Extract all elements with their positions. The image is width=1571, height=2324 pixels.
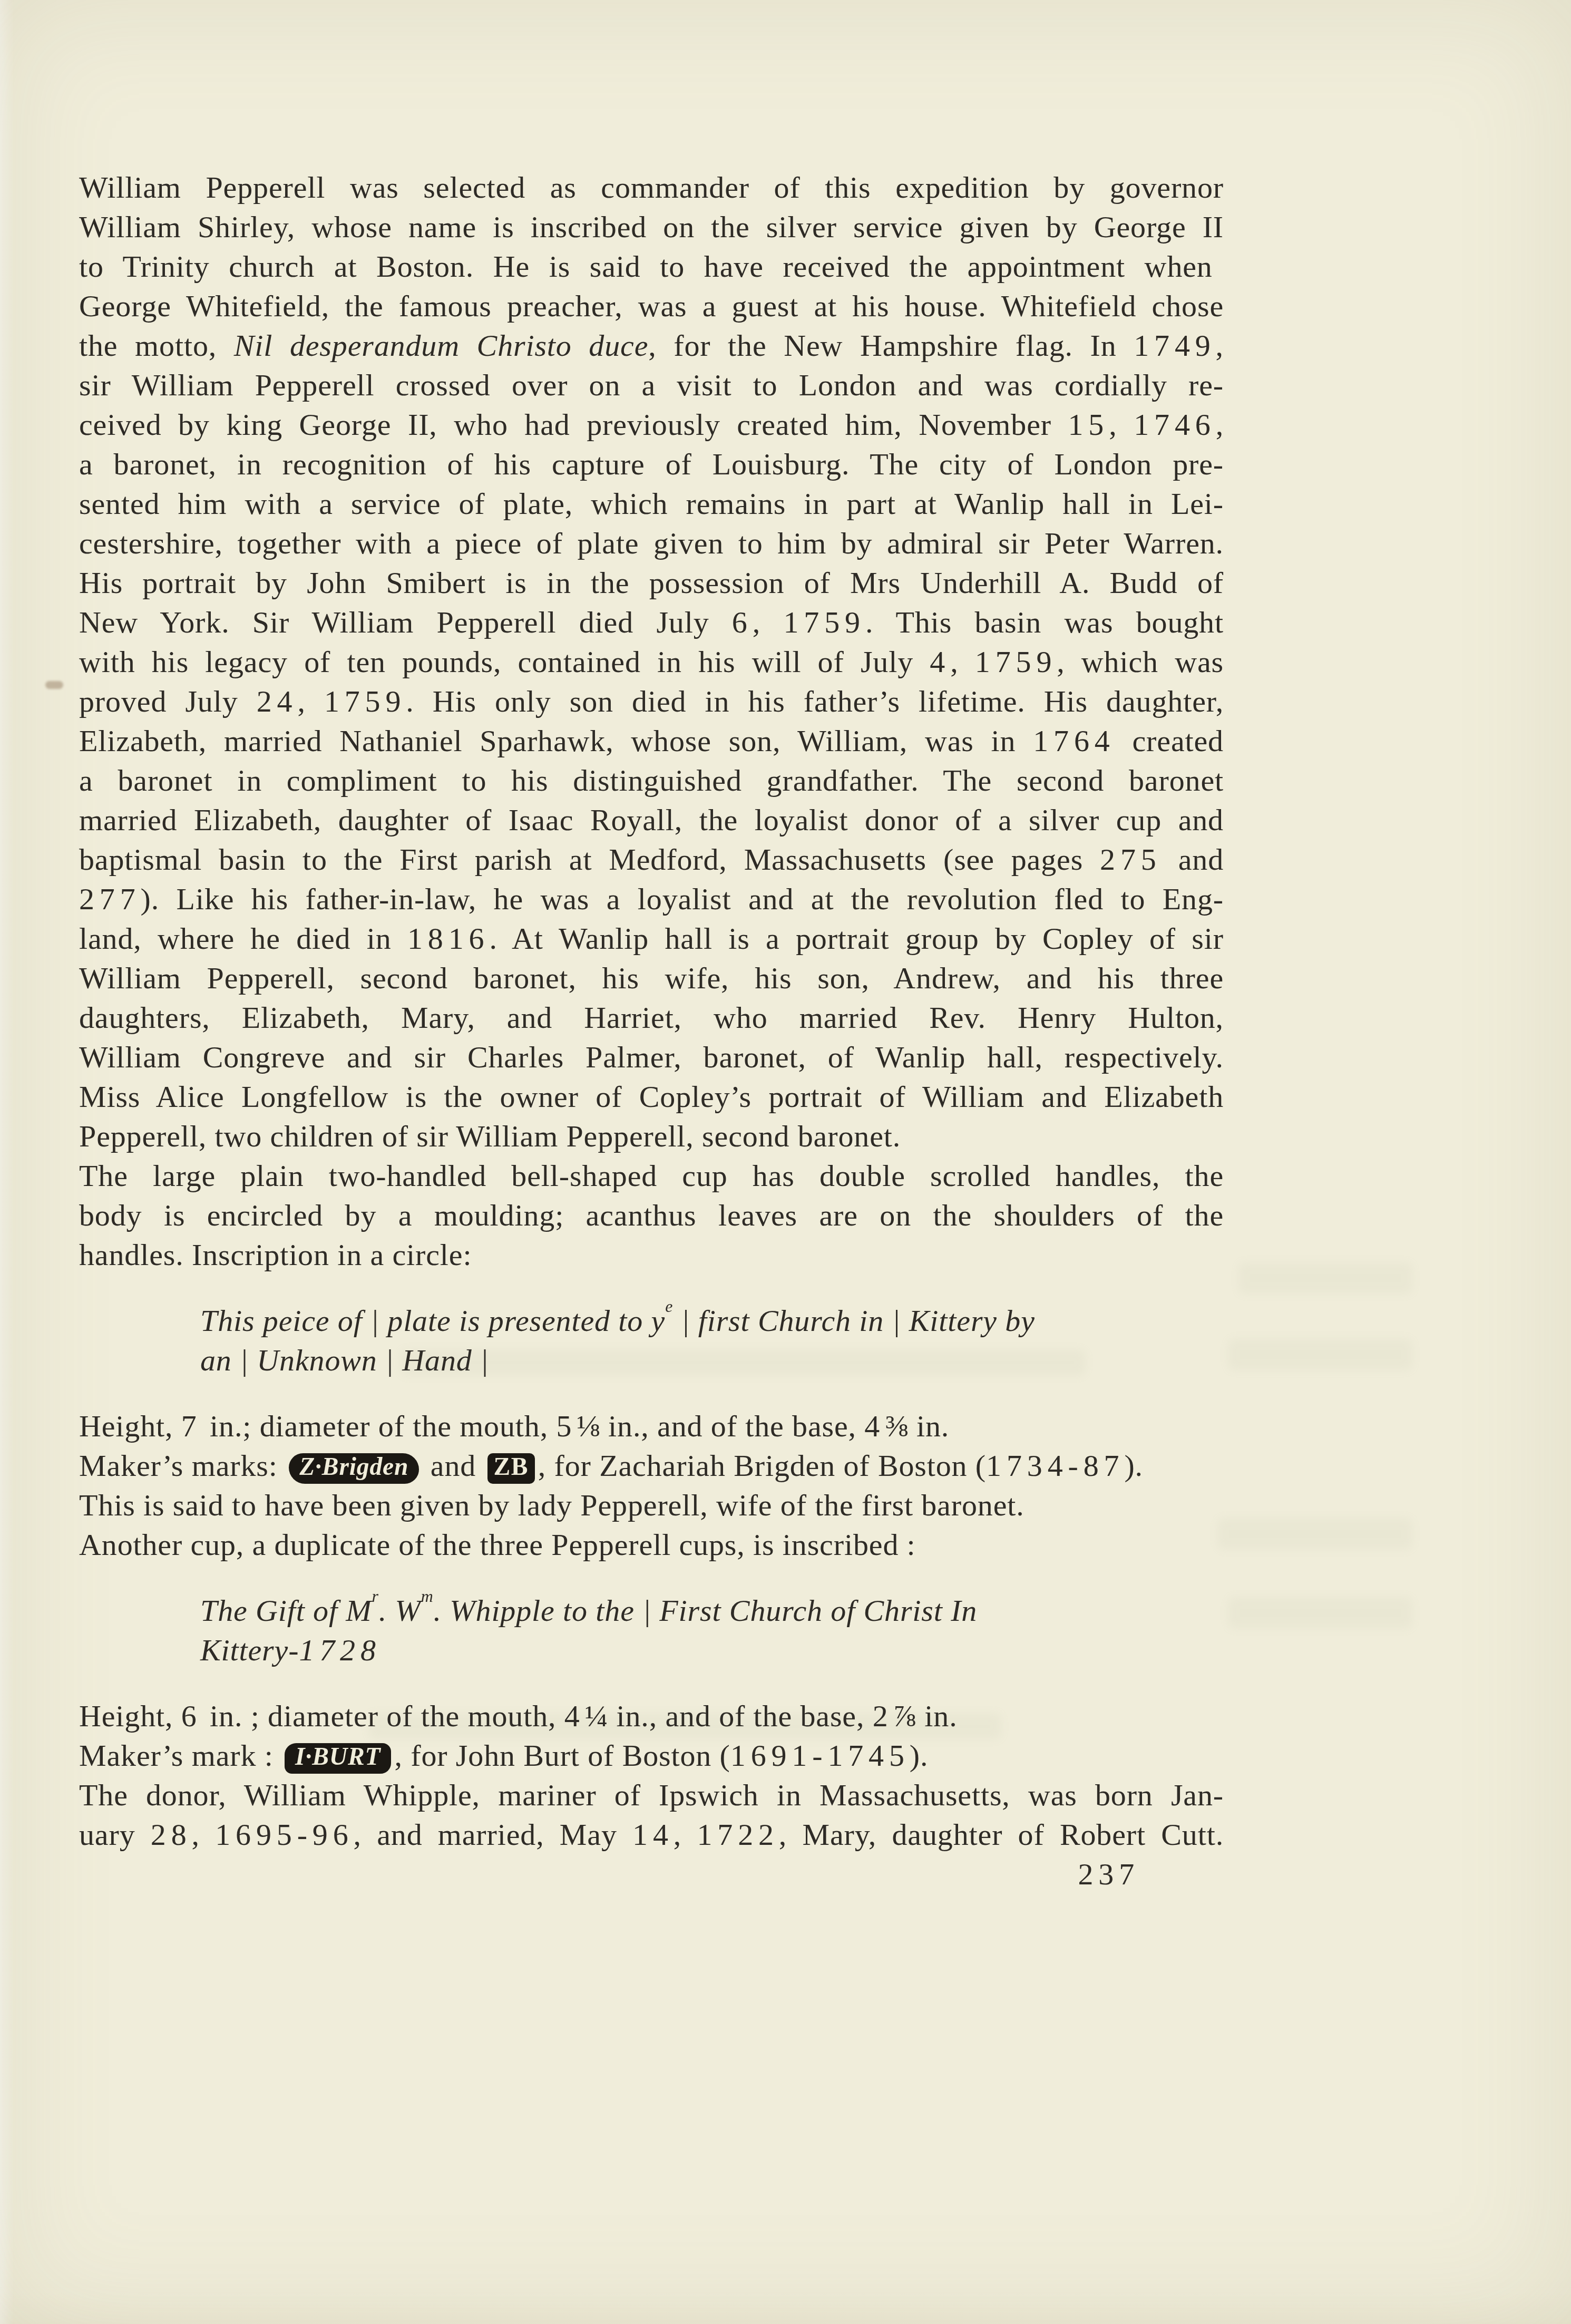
marks-label: Maker’s marks: [79, 1448, 286, 1483]
text-line: Another cup, a duplicate of the three Pe… [79, 1525, 1224, 1564]
text-line: Elizabeth, married Nathaniel Sparhawk, w… [79, 721, 1224, 761]
show-through-ghost [1228, 1339, 1412, 1370]
text-line: baptismal basin to the First parish at M… [79, 840, 1224, 879]
superscript-m: m [421, 1587, 434, 1606]
text-line: This is said to have been given by lady … [79, 1485, 1224, 1525]
inscription-text: . W [379, 1593, 421, 1628]
text-line: William Pepperell, second baronet, his w… [79, 958, 1224, 998]
inscription-line: Kittery-1728 [200, 1630, 1224, 1670]
marks-conjunction: and [422, 1448, 484, 1483]
smudge-mark [45, 681, 63, 689]
inscription-line: an | Unknown | Hand | [200, 1340, 1224, 1380]
text-line: The donor, William Whipple, mariner of I… [79, 1775, 1224, 1815]
show-through-ghost [1238, 1262, 1412, 1294]
superscript-r: r [372, 1587, 378, 1606]
text-line: cestershire, together with a piece of pl… [79, 523, 1224, 563]
text-line: land, where he died in 1816. At Wanlip h… [79, 919, 1224, 958]
text-line: William Pepperell was selected as comman… [79, 168, 1224, 207]
show-through-ghost [1217, 1518, 1412, 1550]
text-line: a baronet, in recognition of his capture… [79, 444, 1224, 484]
text-line: to Trinity church at Boston. He is said … [79, 247, 1224, 286]
maker-mark-iburt-stamp: I·BURT [285, 1743, 391, 1774]
text-line: William Congreve and sir Charles Palmer,… [79, 1037, 1224, 1077]
text-line-maker-marks: Maker’s marks: Z·Brigden and ZB, for Zac… [79, 1446, 1224, 1485]
inscription-text: This peice of | plate is presented to y [200, 1304, 665, 1338]
motto-pre: the motto, [79, 328, 234, 363]
text-line: proved July 24, 1759. His only son died … [79, 682, 1224, 721]
maker-mark-zbrigden-stamp: Z·Brigden [289, 1453, 419, 1484]
inscription-line: This peice of | plate is presented to ye… [200, 1301, 1224, 1340]
mark-label: Maker’s mark : [79, 1738, 281, 1773]
text-line-dimensions: Height, 6 in. ; diameter of the mouth, 4… [79, 1696, 1224, 1736]
inscription-text: | first Church in | Kittery by [673, 1304, 1035, 1338]
text-line: George Whitefield, the famous preacher, … [79, 286, 1224, 326]
motto-latin-italic: Nil desperandum Christo duce [234, 328, 649, 363]
show-through-ghost [1228, 1597, 1412, 1629]
text-line: handles. Inscription in a circle: [79, 1235, 1224, 1275]
mark-attribution: , for John Burt of Boston (1691-1745). [394, 1738, 928, 1773]
superscript-e: e [665, 1297, 673, 1316]
text-line: 277). Like his father-in-law, he was a l… [79, 879, 1224, 919]
text-line: sir William Pepperell crossed over on a … [79, 365, 1224, 405]
book-page: William Pepperell was selected as comman… [0, 0, 1571, 2324]
text-line: ceived by king George II, who had previo… [79, 405, 1224, 444]
page-number-row: 237 [79, 1854, 1224, 1894]
text-line: William Shirley, whose name is inscribed… [79, 207, 1224, 247]
page-number: 237 [1078, 1857, 1139, 1891]
text-line-dimensions: Height, 7 in.; diameter of the mouth, 5⅛… [79, 1406, 1224, 1446]
text-line: New York. Sir William Pepperell died Jul… [79, 602, 1224, 642]
text-line: His portrait by John Smibert is in the p… [79, 563, 1224, 602]
text-line: married Elizabeth, daughter of Isaac Roy… [79, 800, 1224, 840]
text-line: Miss Alice Longfellow is the owner of Co… [79, 1077, 1224, 1116]
text-line-motto: the motto, Nil desperandum Christo duce,… [79, 326, 1224, 365]
inscription-text: . Whipple to the | First Church of Chris… [434, 1593, 978, 1628]
text-line: body is encircled by a moulding; acanthu… [79, 1195, 1224, 1235]
text-line: a baronet in compliment to his distingui… [79, 761, 1224, 800]
marks-attribution: , for Zachariah Brigden of Boston (1734-… [538, 1448, 1143, 1483]
inscription-text: The Gift of M [200, 1593, 372, 1628]
text-line: sented him with a service of plate, whic… [79, 484, 1224, 523]
inscription-block-1: This peice of | plate is presented to ye… [200, 1301, 1224, 1380]
maker-mark-zb-stamp: ZB [487, 1453, 535, 1484]
inscription-line: The Gift of Mr. Wm. Whipple to the | Fir… [200, 1591, 1224, 1630]
text-line: Pepperell, two children of sir William P… [79, 1116, 1224, 1156]
text-block: William Pepperell was selected as comman… [79, 168, 1224, 1894]
text-line: uary 28, 1695-96, and married, May 14, 1… [79, 1815, 1224, 1854]
text-line: with his legacy of ten pounds, contained… [79, 642, 1224, 682]
inscription-block-2: The Gift of Mr. Wm. Whipple to the | Fir… [200, 1591, 1224, 1670]
motto-post: , for the New Hampshire flag. In 1749, [648, 328, 1224, 363]
text-line: daughters, Elizabeth, Mary, and Harriet,… [79, 998, 1224, 1037]
text-line-maker-mark: Maker’s mark : I·BURT, for John Burt of … [79, 1736, 1224, 1775]
text-line: The large plain two-handled bell-shaped … [79, 1156, 1224, 1195]
